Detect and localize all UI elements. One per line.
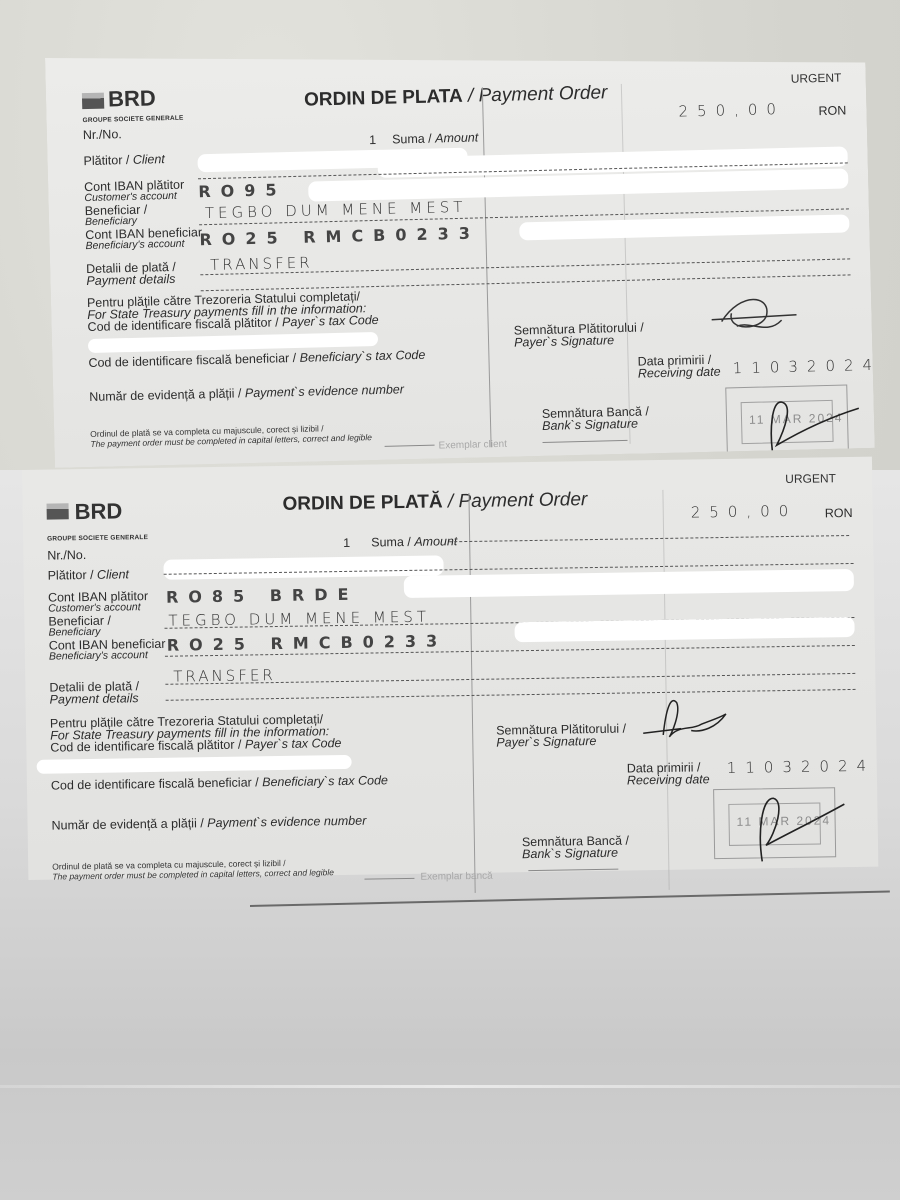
bank-group: GROUPE SOCIETE GENERALE xyxy=(47,534,148,543)
brd-logo-icon xyxy=(82,93,104,110)
brd-logo-icon xyxy=(47,503,69,519)
beneficiary-iban-redacted xyxy=(519,214,849,240)
beneficiary-iban-redacted xyxy=(514,617,854,642)
payer-iban-value: RO95 xyxy=(198,180,287,201)
receiving-date-value: 11032024 xyxy=(727,757,876,777)
amount-value: 250,00 xyxy=(678,100,785,121)
payer-iban-redacted xyxy=(404,569,854,598)
payer-signature-label-en: Payer`s Signature xyxy=(496,735,596,749)
beneficiary-tax-label: Cod de identificare fiscală beneficiar /… xyxy=(51,774,388,791)
receiving-date-label-en: Receiving date xyxy=(627,773,710,786)
beneficiary-iban-label-en: Beneficiary's account xyxy=(85,239,184,251)
payer-iban-label-en: Customer's account xyxy=(84,191,177,203)
payer-tax-redacted xyxy=(37,755,352,774)
bank-signature-label-en: Bank`s Signature xyxy=(542,418,638,432)
signature-line xyxy=(543,440,628,443)
beneficiary-iban-label-en: Beneficiary's account xyxy=(49,650,148,662)
bank-signature xyxy=(739,782,850,864)
field-line xyxy=(449,535,849,542)
payment-order-bank-copy: BRD GROUPE SOCIETE GENERALE ORDIN DE PLA… xyxy=(22,457,878,880)
beneficiary-iban-value: RO25 RMCB0233 xyxy=(199,223,480,249)
payer-iban-value: RO85 BRDE xyxy=(166,585,359,607)
payer-signature-label-en: Payer`s Signature xyxy=(514,334,614,348)
nr-label: Nr./No. xyxy=(47,549,86,562)
amount-value: 250,00 xyxy=(691,502,798,522)
payer-signature xyxy=(641,694,732,745)
copy-label: Exemplar bancă xyxy=(420,871,492,883)
amount-label: Suma / Amount xyxy=(392,131,478,145)
nr-value: 1 xyxy=(369,134,376,146)
paper-fold xyxy=(0,1085,900,1088)
field-line xyxy=(166,689,856,701)
beneficiary-tax-label: Cod de identificare fiscală beneficiar /… xyxy=(88,349,425,369)
receiving-date-value: 11032024 xyxy=(733,356,882,378)
copy-label: Exemplar client xyxy=(438,439,507,452)
payer-tax-label: Cod de identificare fiscală plătitor / P… xyxy=(50,737,341,754)
payer-iban-label-en: Customer's account xyxy=(48,602,141,613)
nr-label: Nr./No. xyxy=(83,128,122,141)
signature-line xyxy=(385,445,435,447)
field-line xyxy=(201,274,851,291)
beneficiary-label-en: Beneficiary xyxy=(85,216,137,227)
column-divider xyxy=(662,490,669,890)
beneficiary-label-en: Beneficiary xyxy=(48,627,100,638)
currency: RON xyxy=(818,104,846,117)
evidence-number-label: Număr de evidență a plății / Payment`s e… xyxy=(89,383,404,403)
page-title: ORDIN DE PLATA / Payment Order xyxy=(304,82,608,111)
details-label-en: Payment details xyxy=(50,692,139,705)
bank-name: BRD xyxy=(74,498,122,525)
currency: RON xyxy=(825,507,853,519)
urgent-label: URGENT xyxy=(791,71,842,86)
bank-signature-label-en: Bank`s Signature xyxy=(522,847,618,861)
urgent-label: URGENT xyxy=(785,471,836,486)
nr-value: 1 xyxy=(343,537,350,549)
client-value-redacted xyxy=(163,555,443,579)
client-label: Plătitor / Client xyxy=(83,153,165,167)
bank-group: GROUPE SOCIETE GENERALE xyxy=(82,115,183,124)
evidence-number-label: Număr de evidență a plății / Payment`s e… xyxy=(51,815,366,832)
client-label: Plătitor / Client xyxy=(48,568,129,581)
payer-signature xyxy=(711,290,802,342)
amount-label: Suma / Amount xyxy=(371,535,457,548)
bank-name: BRD xyxy=(108,85,156,112)
receiving-date-label-en: Receiving date xyxy=(638,366,721,380)
details-label-en: Payment details xyxy=(86,273,175,287)
signature-line xyxy=(528,869,618,871)
column-divider xyxy=(468,493,475,893)
page-title: ORDIN DE PLATĂ / Payment Order xyxy=(282,489,587,516)
payment-order-client-copy: BRD GROUPE SOCIETE GENERALE ORDIN DE PLA… xyxy=(45,38,875,468)
